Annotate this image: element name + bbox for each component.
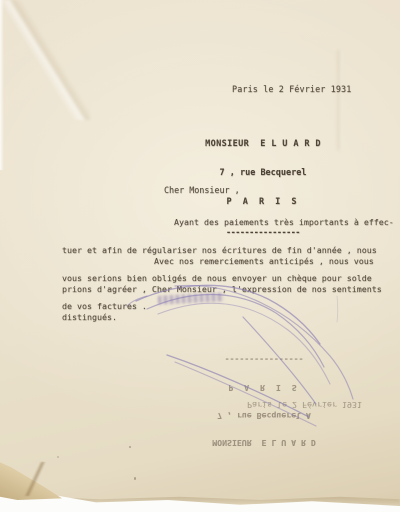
recipient-name: MONSIEUR E L U A R D [203, 140, 323, 150]
ghost-address-underline: ---------------- [203, 355, 325, 364]
scanned-letter-page: Paris le 2 Février 1931 MONSIEUR E L U A… [0, 0, 400, 512]
body-line: Ayant des paiements très importants à ef… [174, 218, 394, 227]
page-fold-crease-line [0, 462, 70, 496]
ghost-recipient-street: 7 , rue Becquerel A [203, 410, 325, 419]
paper-edge-left [0, 0, 4, 170]
paper-speck [134, 477, 136, 480]
paper-speck [57, 456, 59, 458]
paper-crease-right [332, 50, 346, 150]
paper-speck [129, 446, 131, 448]
ghost-date-line: Paris le 2 Février 1931 [247, 400, 362, 410]
body-paragraph-2: Avec nos remerciements anticipés , nous … [62, 238, 382, 341]
paper-crease-top-left [0, 0, 90, 120]
date-line: Paris le 2 Février 1931 [232, 84, 351, 94]
recipient-street: 7 , rue Becquerel [203, 169, 323, 179]
ghost-recipient-name: MONSIEUR E L U A R D [203, 438, 325, 447]
ghost-recipient-city: P A R I S [203, 382, 325, 391]
body-line: distingués. [62, 313, 382, 322]
salutation: Cher Monsieur , [164, 185, 240, 195]
body-line: Avec nos remerciements anticipés , nous … [154, 257, 382, 266]
